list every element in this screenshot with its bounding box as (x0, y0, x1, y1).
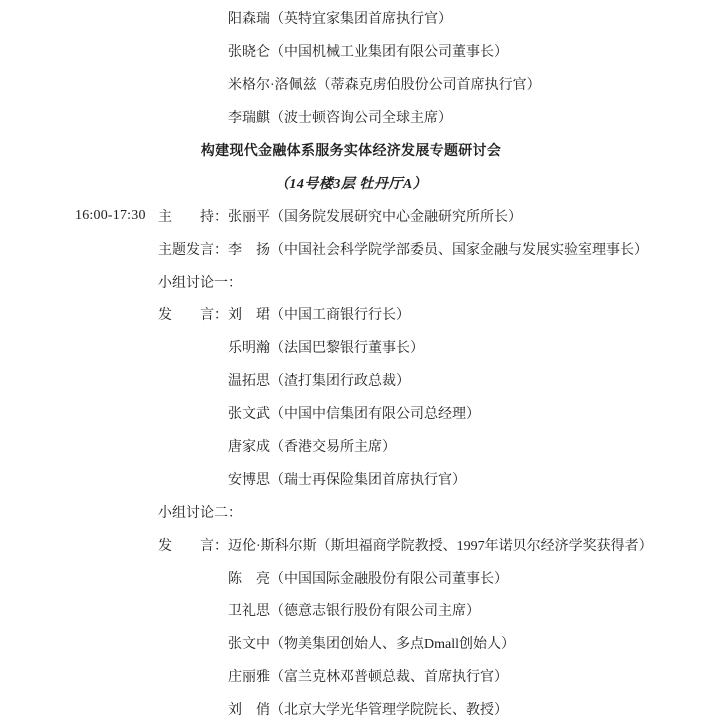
speaker-text: 张文中（物美集团创始人、多点Dmall创始人） (228, 633, 702, 653)
role-label: 主 持： (158, 206, 228, 226)
speaker-text: 唐家成（香港交易所主席） (228, 436, 702, 456)
speaker-text: 迈伦·斯科尔斯（斯坦福商学院教授、1997年诺贝尔经济学奖获得者） (228, 535, 702, 555)
role-label: 主题发言： (158, 239, 228, 259)
program-line: 乐明瀚（法国巴黎银行董事长） (0, 331, 702, 364)
program-line: 庄丽雅（富兰克林邓普顿总裁、首席执行官） (0, 660, 702, 693)
speaker-text: 李 扬（中国社会科学院学部委员、国家金融与发展实验室理事长） (228, 239, 702, 259)
speaker-text: 张文武（中国中信集团有限公司总经理） (228, 403, 702, 423)
program-line: 16:00-17:30主 持：张丽平（国务院发展研究中心金融研究所所长） (0, 199, 702, 232)
session-location-line: （14号楼3层 牡丹厅A） (0, 166, 702, 199)
conference-program-page: 阳森瑞（英特宜家集团首席执行官）张晓仑（中国机械工业集团有限公司董事长）米格尔·… (0, 0, 702, 726)
speaker-text: 刘 珺（中国工商银行行长） (228, 304, 702, 324)
program-line: 张晓仑（中国机械工业集团有限公司董事长） (0, 35, 702, 68)
program-line: 小组讨论一： (0, 265, 702, 298)
speaker-text: 刘 俏（北京大学光华管理学院院长、教授） (228, 699, 702, 719)
program-line: 发 言：刘 珺（中国工商银行行长） (0, 298, 702, 331)
session-location: （14号楼3层 牡丹厅A） (275, 173, 427, 193)
program-line: 米格尔·洛佩兹（蒂森克虏伯股份公司首席执行官） (0, 68, 702, 101)
program-line: 刘 俏（北京大学光华管理学院院长、教授） (0, 693, 702, 726)
speaker-text: 陈 亮（中国国际金融股份有限公司董事长） (228, 568, 702, 588)
program-lines: 阳森瑞（英特宜家集团首席执行官）张晓仑（中国机械工业集团有限公司董事长）米格尔·… (0, 2, 702, 726)
program-line: 安博思（瑞士再保险集团首席执行官） (0, 462, 702, 495)
role-label: 发 言： (158, 535, 228, 555)
time-cell: 16:00-17:30 (75, 208, 158, 224)
speaker-text: 卫礼思（德意志银行股份有限公司主席） (228, 600, 702, 620)
speaker-text: 乐明瀚（法国巴黎银行董事长） (228, 337, 702, 357)
speaker-text: 张丽平（国务院发展研究中心金融研究所所长） (228, 206, 702, 226)
program-line: 张文中（物美集团创始人、多点Dmall创始人） (0, 627, 702, 660)
program-line: 发 言：迈伦·斯科尔斯（斯坦福商学院教授、1997年诺贝尔经济学奖获得者） (0, 528, 702, 561)
role-label: 小组讨论二： (158, 502, 228, 522)
speaker-text: 阳森瑞（英特宜家集团首席执行官） (228, 8, 702, 28)
session-title: 构建现代金融体系服务实体经济发展专题研讨会 (201, 140, 501, 160)
program-line: 温拓思（渣打集团行政总裁） (0, 364, 702, 397)
speaker-text: 李瑞麒（波士顿咨询公司全球主席） (228, 107, 702, 127)
speaker-text: 庄丽雅（富兰克林邓普顿总裁、首席执行官） (228, 666, 702, 686)
role-label: 发 言： (158, 304, 228, 324)
speaker-text: 米格尔·洛佩兹（蒂森克虏伯股份公司首席执行官） (228, 74, 702, 94)
program-line: 李瑞麒（波士顿咨询公司全球主席） (0, 101, 702, 134)
program-line: 卫礼思（德意志银行股份有限公司主席） (0, 594, 702, 627)
program-line: 唐家成（香港交易所主席） (0, 430, 702, 463)
program-line: 主题发言：李 扬（中国社会科学院学部委员、国家金融与发展实验室理事长） (0, 232, 702, 265)
program-line: 陈 亮（中国国际金融股份有限公司董事长） (0, 561, 702, 594)
speaker-text: 安博思（瑞士再保险集团首席执行官） (228, 469, 702, 489)
program-line: 小组讨论二： (0, 495, 702, 528)
program-line: 张文武（中国中信集团有限公司总经理） (0, 397, 702, 430)
program-line: 阳森瑞（英特宜家集团首席执行官） (0, 2, 702, 35)
session-title-line: 构建现代金融体系服务实体经济发展专题研讨会 (0, 134, 702, 167)
speaker-text: 温拓思（渣打集团行政总裁） (228, 370, 702, 390)
role-label: 小组讨论一： (158, 272, 228, 292)
speaker-text: 张晓仑（中国机械工业集团有限公司董事长） (228, 41, 702, 61)
